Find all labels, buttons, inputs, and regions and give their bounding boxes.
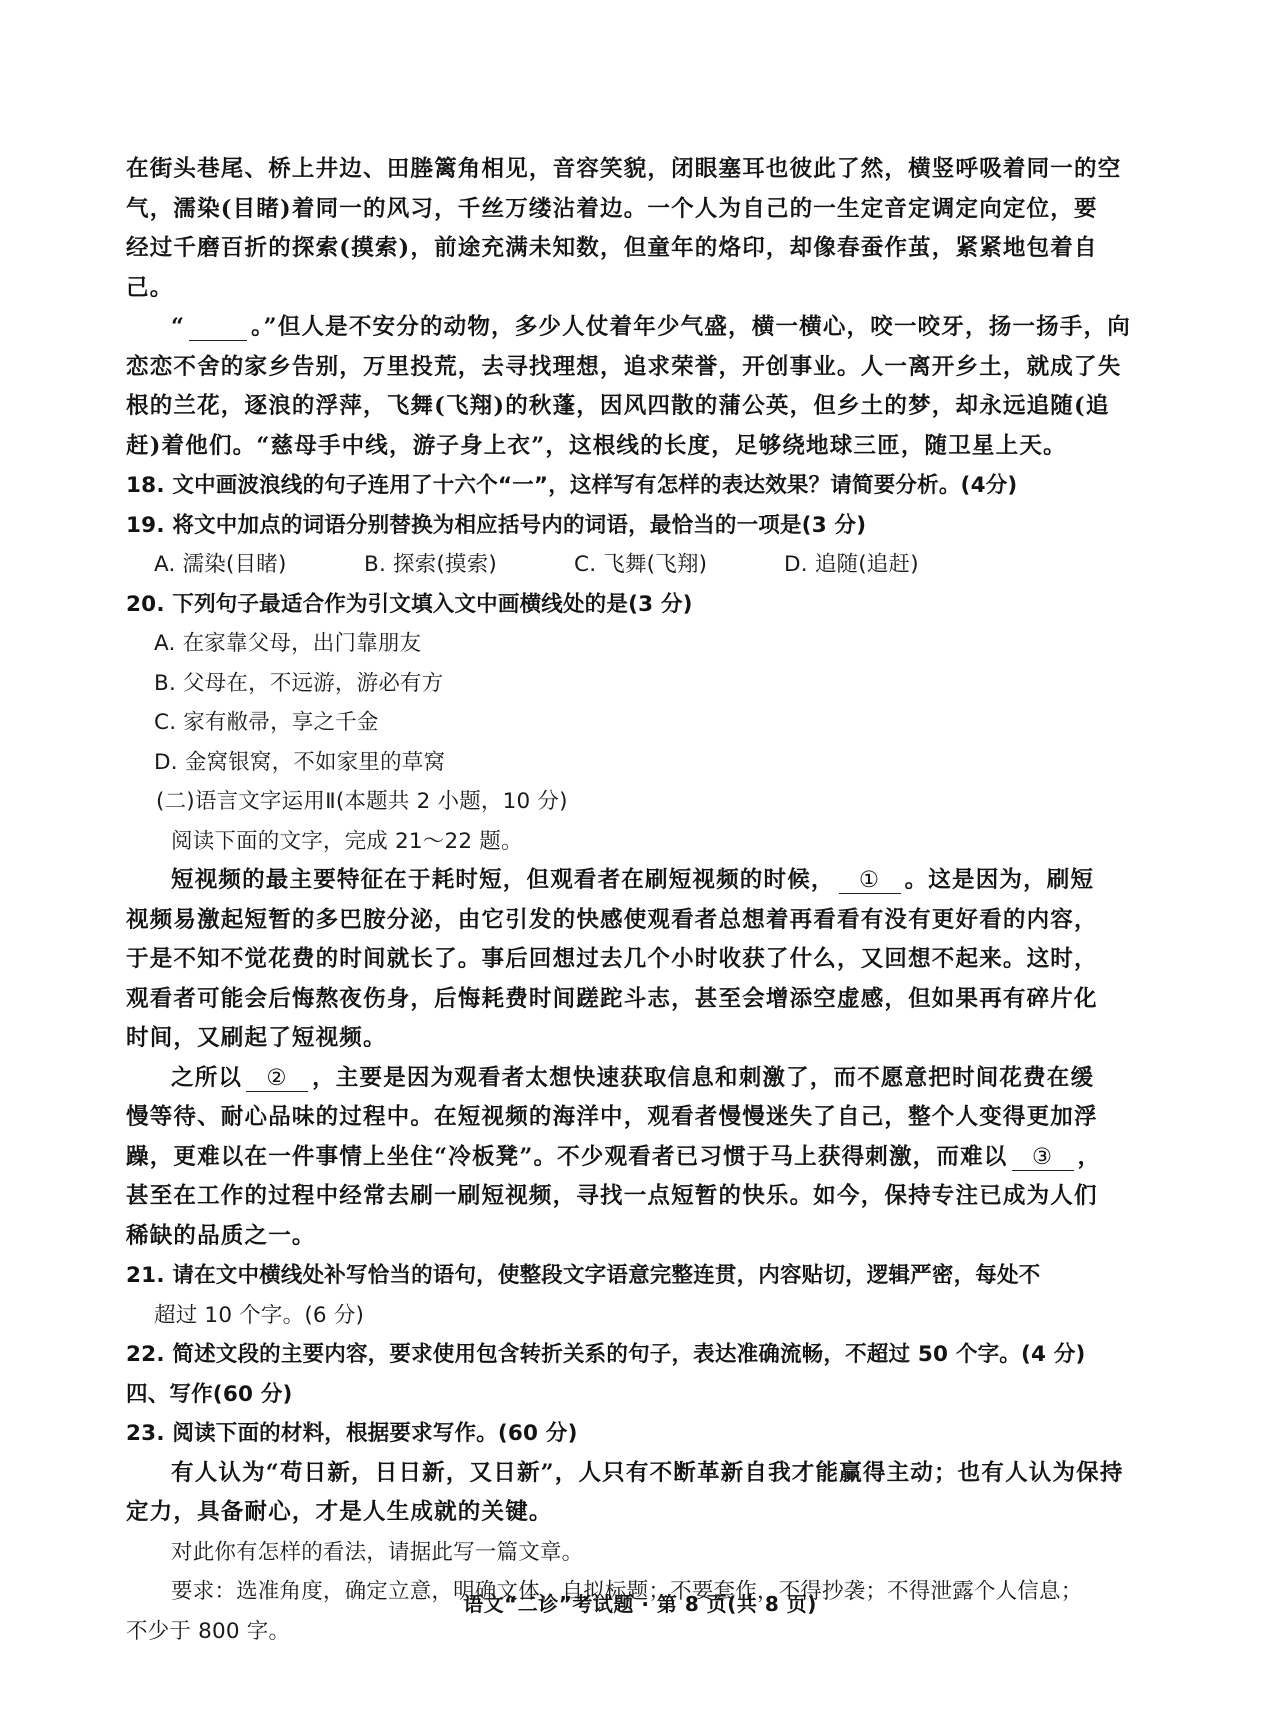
- passage-line: 经过千磨百折的探索(摸索)，前途充满未知数，但童年的烙印，却像春蚕作茧，紧紧地包…: [126, 229, 1066, 269]
- passage-text: 。这是因为，刷短: [905, 867, 1095, 893]
- passage-line: 在街头巷尾、桥上井边、田塍篱角相见，音容笑貌，闭眼塞耳也彼此了然，横竖呼吸着同一…: [126, 150, 1066, 190]
- passage-line: 根的兰花，逐浪的浮萍，飞舞(飞翔)的秋蓬，因风四散的蒲公英，但乡土的梦，却永远追…: [126, 387, 1066, 427]
- passage-line: 慢等待、耐心品味的过程中。在短视频的海洋中，观看者慢慢迷失了自己，整个人变得更加…: [126, 1098, 1066, 1138]
- question-21: 21. 请在文中横线处补写恰当的语句，使整段文字语意完整连贯，内容贴切，逻辑严密…: [126, 1256, 1066, 1296]
- section-2-heading: (二)语言文字运用Ⅱ(本题共 2 小题，10 分): [126, 782, 1066, 822]
- passage-text: ，: [1078, 1144, 1102, 1170]
- passage-line: 时间，又刷起了短视频。: [126, 1019, 1066, 1059]
- open-quote: “: [171, 314, 185, 340]
- question-19: 19. 将文中加点的词语分别替换为相应括号内的词语，最恰当的一项是(3 分): [126, 506, 1066, 546]
- passage-text: 。”但人是不安分的动物，多少人仗着年少气盛，横一横心，咬一咬牙，扬一扬手，向: [251, 314, 1131, 340]
- blank-1: ①: [839, 867, 901, 894]
- passage-line: 观看者可能会后悔熬夜伤身，后悔耗费时间蹉跎斗志，甚至会增添空虚感，但如果再有碎片…: [126, 980, 1066, 1020]
- quote-blank: [189, 314, 247, 341]
- passage-line: 己。: [126, 269, 1066, 309]
- q20-option-d: D. 金窝银窝，不如家里的草窝: [126, 743, 1066, 783]
- blank-2: ②: [246, 1065, 308, 1092]
- option-a: A. 濡染(目睹): [154, 545, 364, 585]
- question-20: 20. 下列句子最适合作为引文填入文中画横线处的是(3 分): [126, 585, 1066, 625]
- passage-line: 恋恋不舍的家乡告别，万里投荒，去寻找理想，追求荣誉，开创事业。人一离开乡土，就成…: [126, 348, 1066, 388]
- section-2-instruction: 阅读下面的文字，完成 21～22 题。: [126, 822, 1066, 862]
- passage-line: 气，濡染(目睹)着同一的风习，千丝万缕沾着边。一个人为自己的一生定音定调定向定位…: [126, 190, 1066, 230]
- writing-material: 定力，具备耐心，才是人生成就的关键。: [126, 1493, 1066, 1533]
- writing-requirements: 不少于 800 字。: [126, 1612, 1066, 1652]
- passage-line: 视频易激起短暂的多巴胺分泌，由它引发的快感使观看者总想着再看看有没有更好看的内容…: [126, 901, 1066, 941]
- q20-option-c: C. 家有敝帚，享之千金: [126, 703, 1066, 743]
- option-b: B. 探索(摸索): [364, 545, 574, 585]
- option-d: D. 追随(追赶): [784, 545, 994, 585]
- passage-line-with-blank: 之所以②，主要是因为观看者太想快速获取信息和刺激了，而不愿意把时间花费在缓: [126, 1059, 1066, 1099]
- passage-line: 稀缺的品质之一。: [126, 1217, 1066, 1257]
- passage-text: 短视频的最主要特征在于耗时短，但观看者在刷短视频的时候，: [171, 867, 835, 893]
- writing-material: 有人认为“苟日新，日日新，又日新”，人只有不断革新自我才能赢得主动；也有人认为保…: [126, 1454, 1066, 1494]
- question-22: 22. 简述文段的主要内容，要求使用包含转折关系的句子，表达准确流畅，不超过 5…: [126, 1335, 1066, 1375]
- q20-option-a: A. 在家靠父母，出门靠朋友: [126, 624, 1066, 664]
- page-footer: 语文“二诊”考试题 · 第 8 页(共 8 页): [0, 1588, 1280, 1617]
- question-21-cont: 超过 10 个字。(6 分): [126, 1296, 1066, 1336]
- q20-option-b: B. 父母在，不远游，游必有方: [126, 664, 1066, 704]
- passage-text: 躁，更难以在一件事情上坐住“冷板凳”。不少观看者已习惯于马上获得刺激，而难以: [126, 1144, 1008, 1170]
- passage-text: 之所以: [171, 1065, 242, 1091]
- passage-text: ，主要是因为观看者太想快速获取信息和刺激了，而不愿意把时间花费在缓: [312, 1065, 1094, 1091]
- question-19-options: A. 濡染(目睹) B. 探索(摸索) C. 飞舞(飞翔) D. 追随(追赶): [126, 545, 1066, 585]
- exam-page: 在街头巷尾、桥上井边、田塍篱角相见，音容笑貌，闭眼塞耳也彼此了然，横竖呼吸着同一…: [126, 150, 1066, 1651]
- passage-line-with-blank: 短视频的最主要特征在于耗时短，但观看者在刷短视频的时候，①。这是因为，刷短: [126, 861, 1066, 901]
- section-4-heading: 四、写作(60 分): [126, 1375, 1066, 1415]
- question-23: 23. 阅读下面的材料，根据要求写作。(60 分): [126, 1414, 1066, 1454]
- blank-3: ③: [1012, 1144, 1074, 1171]
- passage-hometown: 在街头巷尾、桥上井边、田塍篱角相见，音容笑貌，闭眼塞耳也彼此了然，横竖呼吸着同一…: [126, 150, 1066, 466]
- question-18: 18. 文中画波浪线的句子连用了十六个“一”，这样写有怎样的表达效果？请简要分析…: [126, 466, 1066, 506]
- passage-line-with-blank: “ 。”但人是不安分的动物，多少人仗着年少气盛，横一横心，咬一咬牙，扬一扬手，向: [126, 308, 1066, 348]
- passage-line: 于是不知不觉花费的时间就长了。事后回想过去几个小时收获了什么，又回想不起来。这时…: [126, 940, 1066, 980]
- passage-line-with-blank: 躁，更难以在一件事情上坐住“冷板凳”。不少观看者已习惯于马上获得刺激，而难以③，: [126, 1138, 1066, 1178]
- passage-line: 赶)着他们。“慈母手中线，游子身上衣”，这根线的长度，足够绕地球三匝，随卫星上天…: [126, 427, 1066, 467]
- passage-line: 甚至在工作的过程中经常去刷一刷短视频，寻找一点短暂的快乐。如今，保持专注已成为人…: [126, 1177, 1066, 1217]
- writing-prompt: 对此你有怎样的看法，请据此写一篇文章。: [126, 1533, 1066, 1573]
- option-c: C. 飞舞(飞翔): [574, 545, 784, 585]
- passage-short-video: 短视频的最主要特征在于耗时短，但观看者在刷短视频的时候，①。这是因为，刷短 视频…: [126, 861, 1066, 1256]
